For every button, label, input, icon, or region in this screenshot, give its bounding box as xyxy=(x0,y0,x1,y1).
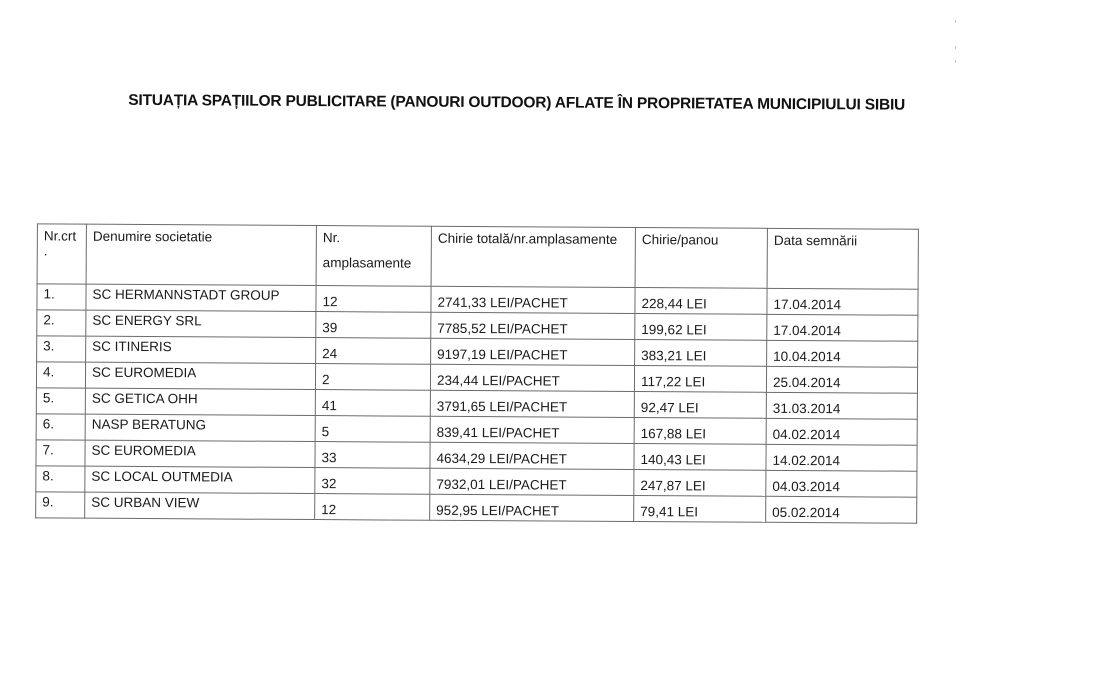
cell-chirie-panou: 92,47 LEI xyxy=(634,392,766,419)
cell-denumire: SC ITINERIS xyxy=(86,336,316,363)
cell-chirie-totala-value: 7932,01 LEI/PACHET xyxy=(436,477,566,493)
cell-data-semnarii-value: 17.04.2014 xyxy=(773,297,841,312)
cell-chirie-totala: 952,95 LEI/PACHET xyxy=(430,494,634,521)
cell-data-semnarii-value: 04.03.2014 xyxy=(772,479,840,494)
cell-chirie-totala: 234,44 LEI/PACHET xyxy=(430,364,634,391)
cell-nr: 4. xyxy=(36,362,85,388)
cell-nr: 6. xyxy=(36,414,85,440)
cell-data-semnarii: 17.04.2014 xyxy=(767,314,918,341)
cell-chirie-totala: 7785,52 LEI/PACHET xyxy=(431,312,635,339)
cell-nr: 1. xyxy=(37,284,86,310)
cell-chirie-totala: 3791,65 LEI/PACHET xyxy=(430,390,634,417)
cell-data-semnarii-value: 17.04.2014 xyxy=(773,323,841,338)
cell-amplasamente-value: 39 xyxy=(322,320,337,335)
cell-denumire: NASP BERATUNG xyxy=(85,414,315,441)
header-nr-crt-label: Nr.crt xyxy=(44,228,76,243)
cell-amplasamente-value: 5 xyxy=(322,424,330,439)
cell-nr: 8. xyxy=(36,466,85,492)
cell-data-semnarii: 17.04.2014 xyxy=(767,288,918,315)
cell-chirie-panou-value: 247,87 LEI xyxy=(640,478,705,493)
cell-denumire: SC EUROMEDIA xyxy=(85,440,315,467)
cell-denumire: SC URBAN VIEW xyxy=(85,492,315,519)
cell-amplasamente-value: 41 xyxy=(322,398,337,413)
cell-nr: 3. xyxy=(37,336,86,362)
header-nr-amplasamente-line1: Nr. xyxy=(323,230,427,246)
header-nr-amplasamente: Nr. amplasamente xyxy=(316,226,431,287)
cell-chirie-panou-value: 117,22 LEI xyxy=(641,374,705,389)
cell-chirie-totala-value: 234,44 LEI/PACHET xyxy=(437,373,560,389)
cell-denumire: SC GETICA OHH xyxy=(85,388,315,415)
header-chirie-panou-label: Chirie/panou xyxy=(642,232,719,247)
cell-data-semnarii: 05.02.2014 xyxy=(766,496,917,523)
cell-amplasamente-value: 24 xyxy=(322,346,337,361)
table-header-row: Nr.crt . Denumire societatie Nr. amplasa… xyxy=(37,224,918,289)
cell-chirie-panou: 228,44 LEI xyxy=(635,288,767,315)
header-nr-amplasamente-line2: amplasamente xyxy=(323,255,427,271)
header-data-semnarii: Data semnării xyxy=(767,228,918,289)
header-chirie-panou: Chirie/panou xyxy=(635,228,767,289)
cell-data-semnarii-value: 04.02.2014 xyxy=(773,427,841,442)
cell-chirie-panou: 199,62 LEI xyxy=(635,314,767,341)
cell-amplasamente-value: 12 xyxy=(321,502,336,517)
cell-data-semnarii: 10.04.2014 xyxy=(767,340,918,367)
document-page: SITUAȚIA SPAȚIILOR PUBLICITARE (PANOURI … xyxy=(0,0,1093,700)
cell-chirie-panou-value: 140,43 LEI xyxy=(640,452,705,467)
cell-denumire: SC LOCAL OUTMEDIA xyxy=(85,466,315,493)
cell-chirie-panou-value: 383,21 LEI xyxy=(641,348,706,363)
cell-data-semnarii-value: 14.02.2014 xyxy=(772,453,840,468)
cell-data-semnarii: 25.04.2014 xyxy=(766,366,917,393)
table-row: 9. SC URBAN VIEW 12 952,95 LEI/PACHET 79… xyxy=(36,492,917,523)
cell-chirie-panou: 167,88 LEI xyxy=(634,418,766,445)
cell-denumire: SC ENERGY SRL xyxy=(86,310,316,337)
cell-amplasamente: 5 xyxy=(315,416,430,443)
cell-nr: 2. xyxy=(37,310,86,336)
cell-chirie-totala-value: 952,95 LEI/PACHET xyxy=(436,503,559,519)
cell-amplasamente: 12 xyxy=(316,286,431,313)
cell-chirie-totala: 2741,33 LEI/PACHET xyxy=(431,286,635,313)
cell-chirie-totala-value: 3791,65 LEI/PACHET xyxy=(437,399,567,415)
cell-chirie-totala: 4634,29 LEI/PACHET xyxy=(430,442,634,469)
cell-amplasamente: 12 xyxy=(315,494,430,521)
cell-chirie-panou-value: 199,62 LEI xyxy=(641,322,706,337)
cell-chirie-totala-value: 839,41 LEI/PACHET xyxy=(437,425,560,441)
cell-data-semnarii-value: 25.04.2014 xyxy=(773,375,841,390)
cell-denumire: SC HERMANNSTADT GROUP xyxy=(86,284,316,311)
cell-data-semnarii-value: 31.03.2014 xyxy=(773,401,841,416)
cell-denumire: SC EUROMEDIA xyxy=(85,362,315,389)
cell-chirie-panou: 140,43 LEI xyxy=(634,444,766,471)
cell-data-semnarii-value: 05.02.2014 xyxy=(772,505,840,520)
cell-amplasamente: 32 xyxy=(315,468,430,495)
cell-amplasamente: 39 xyxy=(316,312,431,339)
cell-chirie-panou-value: 79,41 LEI xyxy=(640,504,698,519)
cell-chirie-totala: 9197,19 LEI/PACHET xyxy=(431,338,635,365)
cell-chirie-totala-value: 9197,19 LEI/PACHET xyxy=(437,347,567,363)
cell-amplasamente: 41 xyxy=(315,390,430,417)
cell-chirie-totala-value: 4634,29 LEI/PACHET xyxy=(436,451,566,467)
cell-amplasamente: 33 xyxy=(315,442,430,469)
cell-amplasamente-value: 33 xyxy=(321,450,336,465)
cell-chirie-panou-value: 228,44 LEI xyxy=(641,296,706,311)
cell-data-semnarii: 04.02.2014 xyxy=(766,418,917,445)
cell-nr: 5. xyxy=(36,388,85,414)
header-chirie-totala: Chirie totală/nr.amplasamente xyxy=(431,226,635,287)
cell-amplasamente: 24 xyxy=(316,338,431,365)
cell-chirie-panou: 117,22 LEI xyxy=(634,366,766,393)
header-nr-crt: Nr.crt . xyxy=(37,224,86,284)
cell-chirie-panou-value: 92,47 LEI xyxy=(641,400,699,415)
cell-chirie-panou: 79,41 LEI xyxy=(634,496,766,523)
cell-data-semnarii: 14.02.2014 xyxy=(766,444,917,471)
cell-nr: 9. xyxy=(36,492,85,518)
cell-chirie-totala: 839,41 LEI/PACHET xyxy=(430,416,634,443)
document-title: SITUAȚIA SPAȚIILOR PUBLICITARE (PANOURI … xyxy=(107,91,927,116)
header-denumire: Denumire societatie xyxy=(86,224,316,285)
cell-amplasamente-value: 12 xyxy=(322,294,337,309)
cell-amplasamente-value: 2 xyxy=(322,372,330,387)
cell-amplasamente: 2 xyxy=(315,364,430,391)
table-body: 1. SC HERMANNSTADT GROUP 12 2741,33 LEI/… xyxy=(36,284,918,523)
cell-data-semnarii-value: 10.04.2014 xyxy=(773,349,841,364)
cell-chirie-panou: 247,87 LEI xyxy=(634,470,766,497)
cell-chirie-totala-value: 7785,52 LEI/PACHET xyxy=(437,321,567,337)
cell-chirie-panou: 383,21 LEI xyxy=(635,340,767,367)
cell-chirie-panou-value: 167,88 LEI xyxy=(641,426,706,441)
cell-amplasamente-value: 32 xyxy=(321,476,336,491)
cell-chirie-totala-value: 2741,33 LEI/PACHET xyxy=(437,295,567,311)
cell-nr: 7. xyxy=(36,440,85,466)
cell-data-semnarii: 04.03.2014 xyxy=(766,470,917,497)
header-nr-crt-dot: . xyxy=(44,243,82,258)
advertising-spaces-table: Nr.crt . Denumire societatie Nr. amplasa… xyxy=(35,223,919,523)
cell-data-semnarii: 31.03.2014 xyxy=(766,392,917,419)
cell-chirie-totala: 7932,01 LEI/PACHET xyxy=(430,468,634,495)
header-data-semnarii-label: Data semnării xyxy=(774,233,857,249)
